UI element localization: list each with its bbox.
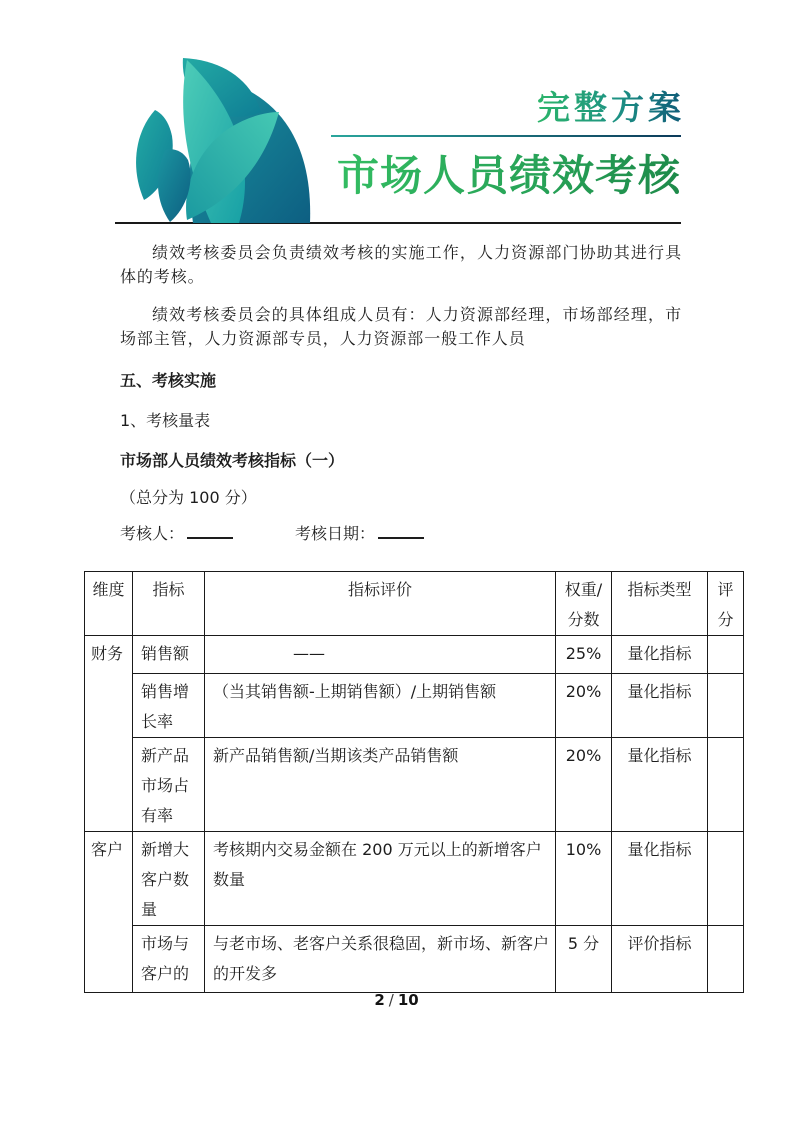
col-header-weight: 权重/分数 [556,572,612,636]
date-label: 考核日期： [295,524,375,543]
cell-score [708,832,744,926]
paragraph-committee-members: 绩效考核委员会的具体组成人员有：人力资源部经理，市场部经理，市场部主管，人力资源… [120,303,682,351]
table-row: 财务 销售额 —— 25% 量化指标 [85,636,744,674]
cell-score [708,674,744,738]
paragraph-committee-duty: 绩效考核委员会负责绩效考核的实施工作，人力资源部门协助其进行具体的考核。 [120,241,682,289]
cell-indicator: 销售增长率 [133,674,205,738]
table-row: 客户 新增大客户数量 考核期内交易金额在 200 万元以上的新增客户数量 10%… [85,832,744,926]
kpi-table: 维度 指标 指标评价 权重/分数 指标类型 评分 财务 销售额 —— 25% 量… [84,571,744,993]
cell-type: 量化指标 [612,636,708,674]
cell-indicator: 销售额 [133,636,205,674]
sub-heading: 1、考核量表 [120,409,793,433]
brand-text-block: 完整方案 市场人员绩效考核 [331,82,681,203]
brand-ribbon-logo-icon [127,58,315,223]
cell-type: 量化指标 [612,674,708,738]
cell-type: 量化指标 [612,738,708,832]
cell-indicator: 市场与客户的 [133,926,205,993]
cell-weight: 20% [556,738,612,832]
cell-weight: 20% [556,674,612,738]
document-body: 绩效考核委员会负责绩效考核的实施工作，人力资源部门协助其进行具体的考核。 绩效考… [0,224,793,993]
page-total: 10 [398,991,419,1009]
cell-evaluation: 新产品销售额/当期该类产品销售额 [205,738,556,832]
cell-score [708,738,744,832]
page-number: 2 [374,991,384,1009]
brand-badge: 完整方案 [537,82,685,129]
cell-indicator: 新产品市场占有率 [133,738,205,832]
form-line: 考核人：考核日期： [120,522,793,546]
col-header-indicator: 指标 [133,572,205,636]
page-separator: / [385,991,398,1009]
date-blank-field [378,522,424,539]
cell-indicator: 新增大客户数量 [133,832,205,926]
cell-score [708,926,744,993]
section-heading: 五、考核实施 [120,369,793,393]
assessor-blank-field [187,522,233,539]
col-header-type: 指标类型 [612,572,708,636]
cell-score [708,636,744,674]
brand-divider [331,135,681,137]
cell-type: 量化指标 [612,832,708,926]
cell-dimension-finance: 财务 [85,636,133,832]
cell-weight: 5 分 [556,926,612,993]
page-footer: 2/10 [0,988,793,1012]
col-header-dimension: 维度 [85,572,133,636]
table-row: 销售增长率 （当其销售额-上期销售额）/上期销售额 20% 量化指标 [85,674,744,738]
cell-evaluation: 考核期内交易金额在 200 万元以上的新增客户数量 [205,832,556,926]
table-row: 新产品市场占有率 新产品销售额/当期该类产品销售额 20% 量化指标 [85,738,744,832]
cell-weight: 10% [556,832,612,926]
document-title: 市场人员绩效考核 [331,143,681,203]
cell-dimension-customer: 客户 [85,832,133,993]
col-header-evaluation: 指标评价 [205,572,556,636]
assessor-label: 考核人： [120,524,184,543]
table-title: 市场部人员绩效考核指标（一） [120,449,793,473]
document-header: 完整方案 市场人员绩效考核 [115,58,681,224]
cell-evaluation: （当其销售额-上期销售额）/上期销售额 [205,674,556,738]
total-score-note: （总分为 100 分） [120,486,793,510]
document-page: 完整方案 市场人员绩效考核 绩效考核委员会负责绩效考核的实施工作，人力资源部门协… [0,0,793,1122]
table-row: 市场与客户的 与老市场、老客户关系很稳固，新市场、新客户的开发多 5 分 评价指… [85,926,744,993]
cell-evaluation: —— [205,636,556,674]
cell-evaluation: 与老市场、老客户关系很稳固，新市场、新客户的开发多 [205,926,556,993]
table-header-row: 维度 指标 指标评价 权重/分数 指标类型 评分 [85,572,744,636]
cell-weight: 25% [556,636,612,674]
col-header-score: 评分 [708,572,744,636]
cell-type: 评价指标 [612,926,708,993]
